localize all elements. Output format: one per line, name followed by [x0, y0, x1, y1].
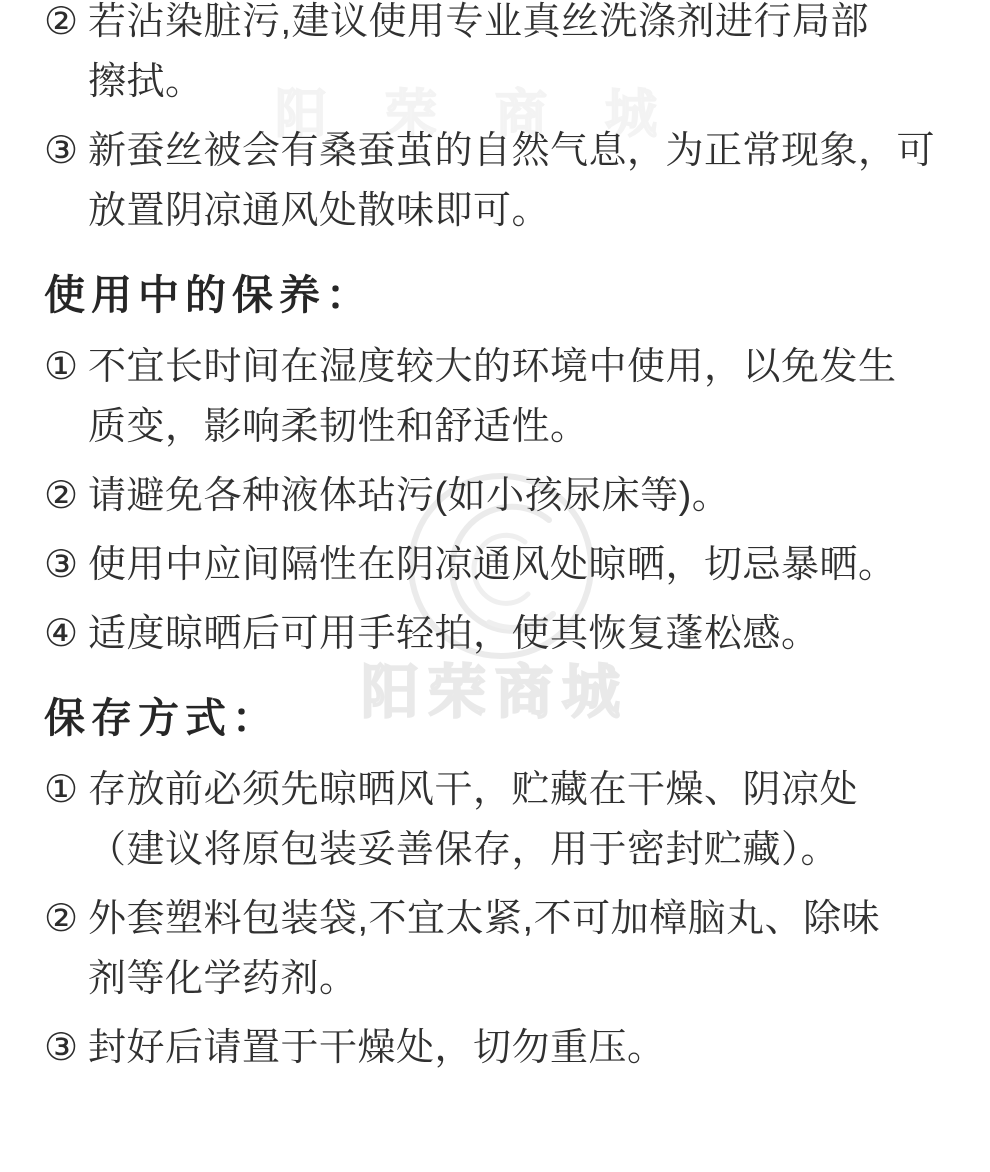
item-number: ② — [44, 889, 88, 949]
item-number: ④ — [44, 604, 88, 664]
list-item: ② 请避免各种液体玷污(如小孩尿床等)。 — [44, 466, 946, 526]
item-text: 请避免各种液体玷污(如小孩尿床等)。 — [88, 466, 946, 526]
item-number: ③ — [44, 1018, 88, 1078]
item-number: ② — [44, 466, 88, 526]
item-number: ① — [44, 760, 88, 820]
care-instructions-page: 阳荣商城 阳荣商城 ② 若沾染脏污,建议使用专业真丝洗涤剂进行局部 擦拭。 ③ … — [0, 0, 990, 1172]
item-number: ② — [44, 0, 88, 52]
list-item: ③ 新蚕丝被会有桑蚕茧的自然气息，为正常现象，可 放置阴凉通风处散味即可。 — [44, 121, 946, 241]
item-number: ③ — [44, 121, 88, 181]
section-in-use-care: 使用中的保养： ① 不宜长时间在湿度较大的环境中使用，以免发生 质变，影响柔韧性… — [44, 263, 946, 664]
item-text: 不宜长时间在湿度较大的环境中使用，以免发生 质变，影响柔韧性和舒适性。 — [88, 337, 946, 457]
item-number: ① — [44, 337, 88, 397]
list-item: ③ 使用中应间隔性在阴凉通风处晾晒，切忌暴晒。 — [44, 535, 946, 595]
section-heading: 使用中的保养： — [44, 263, 946, 327]
section-heading: 保存方式： — [44, 686, 946, 750]
item-text: 适度晾晒后可用手轻拍，使其恢复蓬松感。 — [88, 604, 946, 664]
list-item: ③ 封好后请置于干燥处，切勿重压。 — [44, 1018, 946, 1078]
item-text: 若沾染脏污,建议使用专业真丝洗涤剂进行局部 擦拭。 — [88, 0, 946, 112]
care-instructions-content: ② 若沾染脏污,建议使用专业真丝洗涤剂进行局部 擦拭。 ③ 新蚕丝被会有桑蚕茧的… — [0, 0, 990, 1078]
item-text: 使用中应间隔性在阴凉通风处晾晒，切忌暴晒。 — [88, 535, 946, 595]
list-item: ② 外套塑料包装袋,不宜太紧,不可加樟脑丸、除味 剂等化学药剂。 — [44, 889, 946, 1009]
item-text: 外套塑料包装袋,不宜太紧,不可加樟脑丸、除味 剂等化学药剂。 — [88, 889, 946, 1009]
list-item: ① 存放前必须先晾晒风干，贮藏在干燥、阴凉处 （建议将原包装妥善保存，用于密封贮… — [44, 760, 946, 880]
section-storage: 保存方式： ① 存放前必须先晾晒风干，贮藏在干燥、阴凉处 （建议将原包装妥善保存… — [44, 686, 946, 1078]
list-item: ① 不宜长时间在湿度较大的环境中使用，以免发生 质变，影响柔韧性和舒适性。 — [44, 337, 946, 457]
item-text: 封好后请置于干燥处，切勿重压。 — [88, 1018, 946, 1078]
item-number: ③ — [44, 535, 88, 595]
section-washing-care: ② 若沾染脏污,建议使用专业真丝洗涤剂进行局部 擦拭。 ③ 新蚕丝被会有桑蚕茧的… — [44, 0, 946, 241]
item-text: 新蚕丝被会有桑蚕茧的自然气息，为正常现象，可 放置阴凉通风处散味即可。 — [88, 121, 946, 241]
item-text: 存放前必须先晾晒风干，贮藏在干燥、阴凉处 （建议将原包装妥善保存，用于密封贮藏）… — [88, 760, 946, 880]
list-item: ② 若沾染脏污,建议使用专业真丝洗涤剂进行局部 擦拭。 — [44, 0, 946, 112]
list-item: ④ 适度晾晒后可用手轻拍，使其恢复蓬松感。 — [44, 604, 946, 664]
